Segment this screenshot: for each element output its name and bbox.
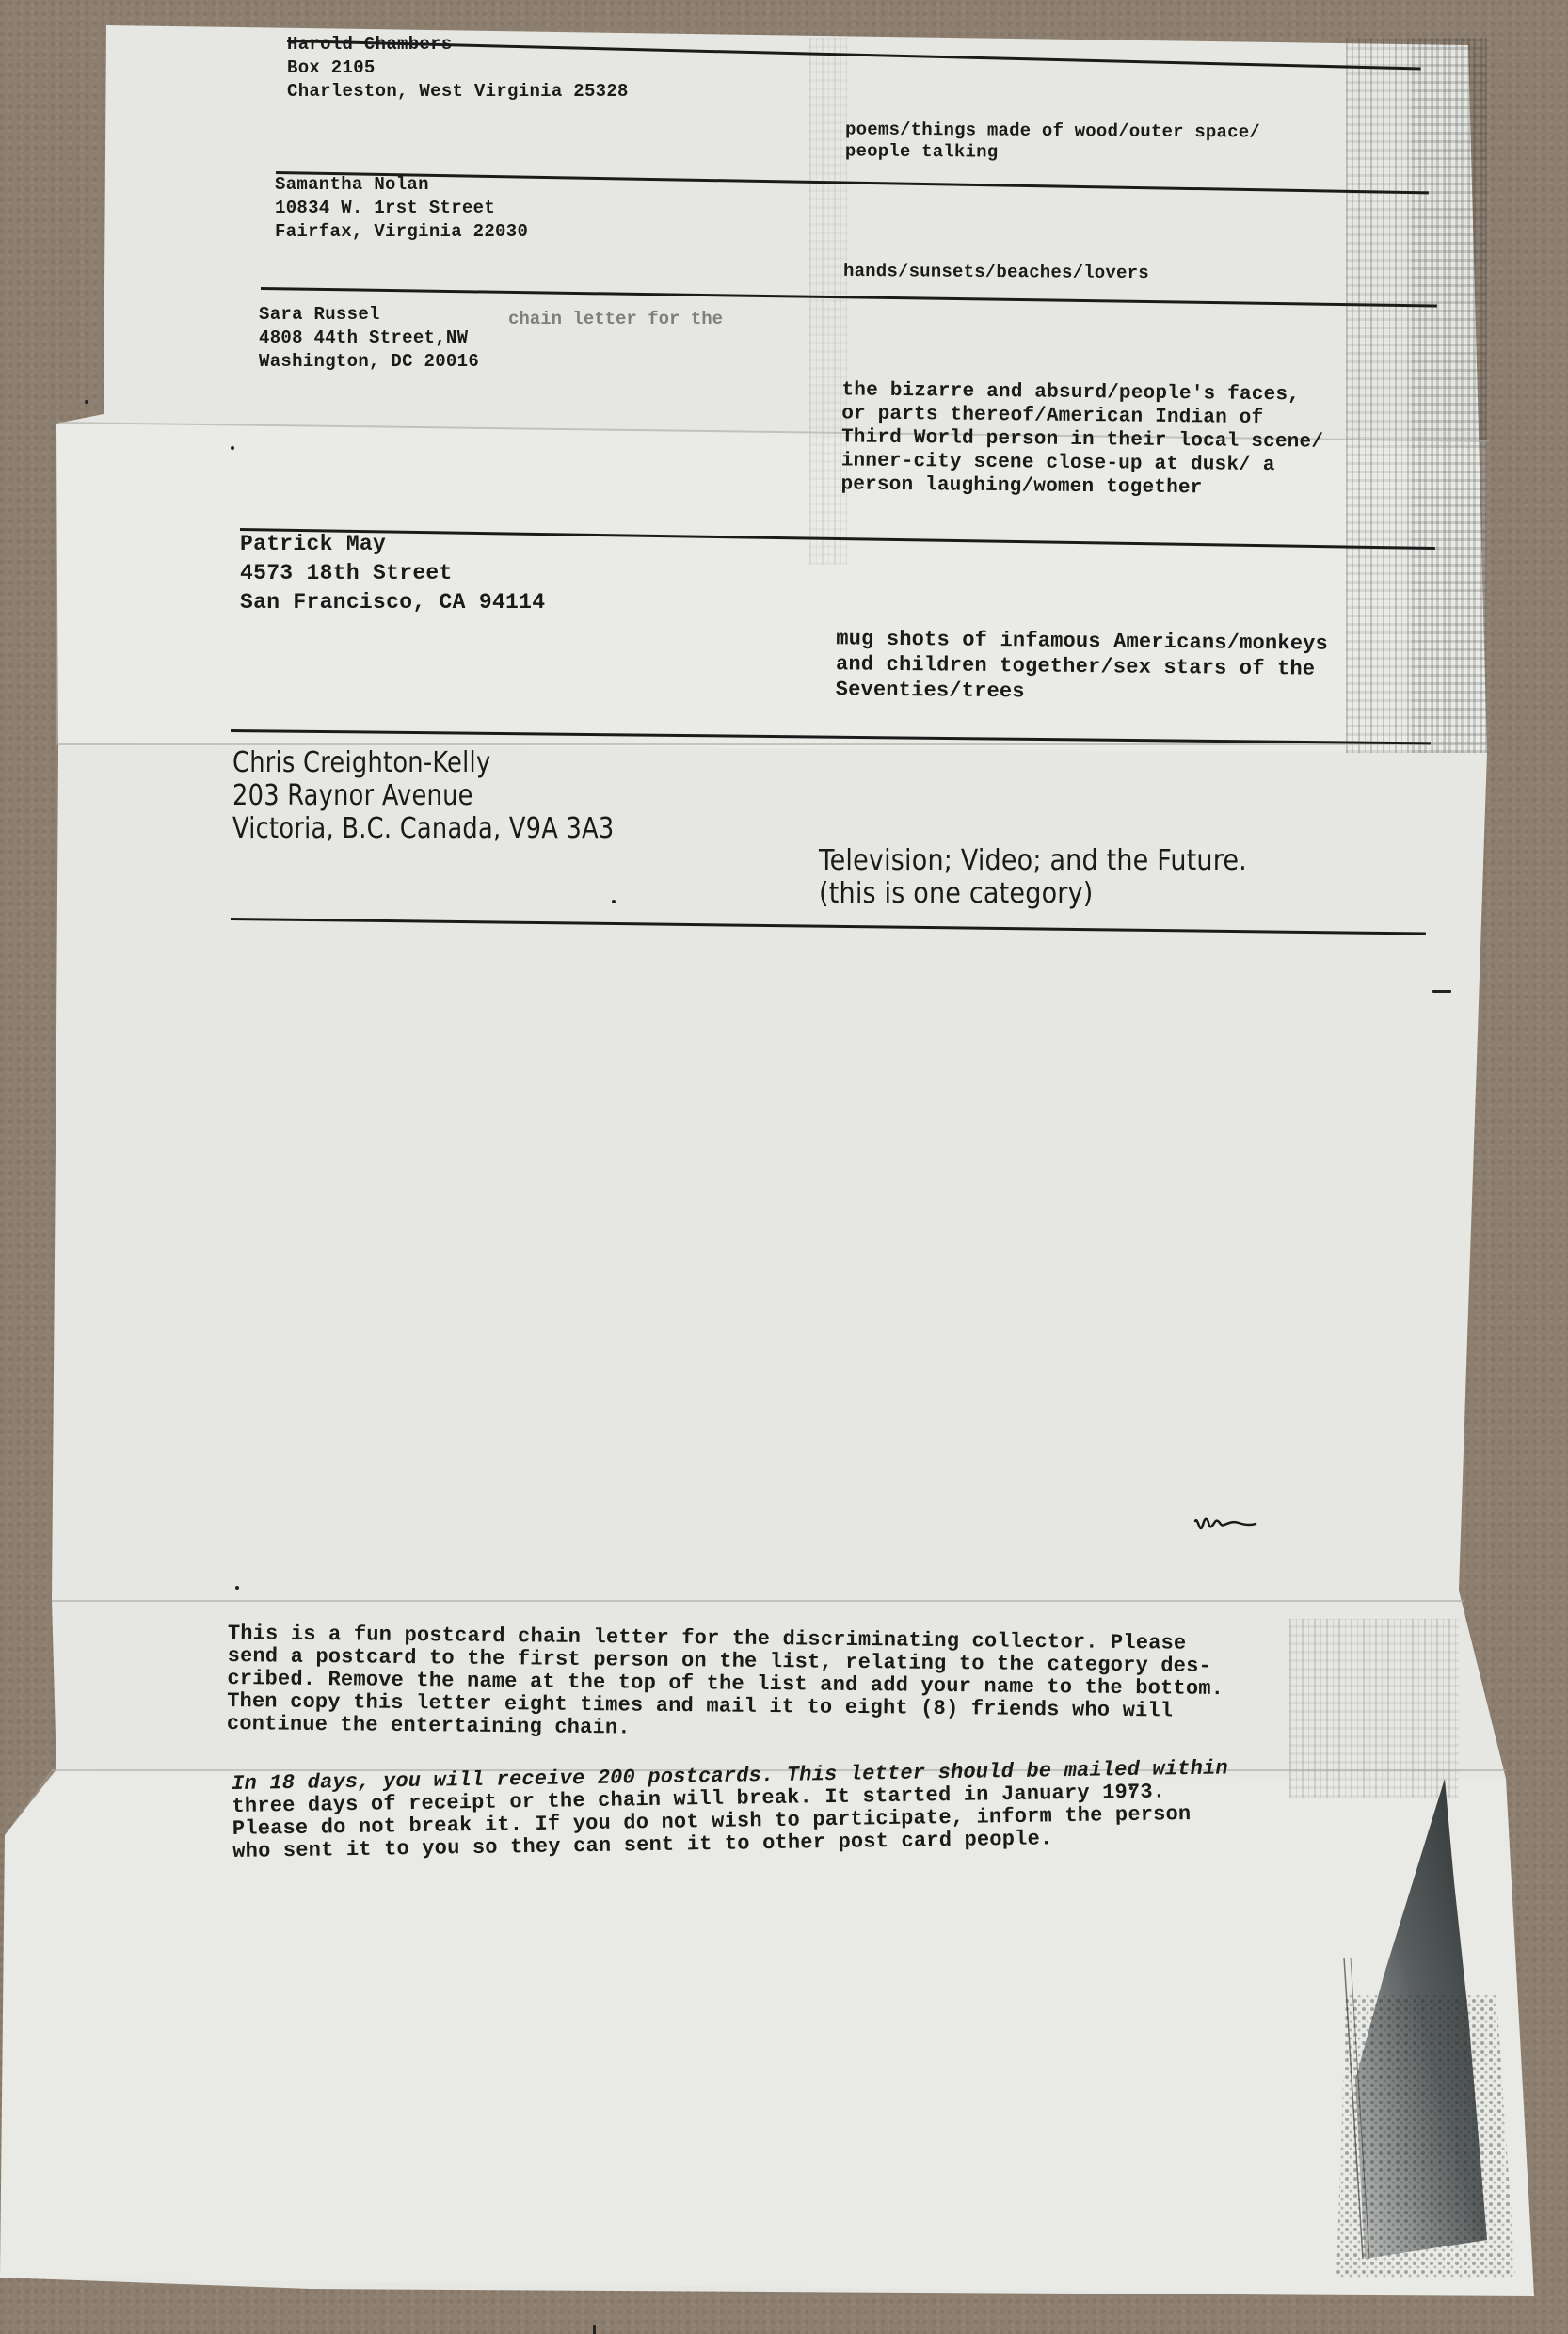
entry-1-address: Harold ChambersBox 2105Charleston, West … <box>287 33 629 104</box>
address-line: 10834 W. 1rst Street <box>275 197 528 220</box>
warning-paragraph: In 18 days, you will receive 200 postcar… <box>232 1757 1229 1863</box>
category-line: poems/things made of wood/outer space/ <box>845 119 1260 143</box>
copy-noise-edge <box>1412 38 1487 753</box>
entry-2-address: Samantha Nolan10834 W. 1rst StreetFairfa… <box>275 173 528 244</box>
address-line: 4573 18th Street <box>240 559 545 588</box>
entry-1-category: poems/things made of wood/outer space/pe… <box>845 119 1260 165</box>
letter-page: Harold ChambersBox 2105Charleston, West … <box>0 0 1568 2334</box>
address-line: 4808 44th Street,NW <box>259 327 479 350</box>
speck <box>1129 1786 1133 1790</box>
entry-5-address: Chris Creighton-Kelly203 Raynor AvenueVi… <box>232 746 615 845</box>
address-line: Charleston, West Virginia 25328 <box>287 80 629 104</box>
entry-2-category: hands/sunsets/beaches/lovers <box>843 261 1149 284</box>
category-line: Seventies/trees <box>836 677 1328 707</box>
speck <box>85 400 88 404</box>
faint-ghost-text: chain letter for the <box>508 309 723 329</box>
handwritten-squiggle-icon <box>1193 1513 1261 1534</box>
entry-name: Chris Creighton-Kelly <box>232 746 615 779</box>
address-line: San Francisco, CA 94114 <box>240 588 545 617</box>
category-line: people talking <box>845 140 1260 165</box>
address-line: Victoria, B.C. Canada, V9A 3A3 <box>232 812 615 845</box>
address-line: Washington, DC 20016 <box>259 350 479 374</box>
speck <box>231 446 234 450</box>
entry-name: Samantha Nolan <box>275 173 528 197</box>
entry-4-category: mug shots of infamous Americans/monkeysa… <box>836 626 1329 707</box>
category-line: Television; Video; and the Future. <box>819 844 1247 877</box>
speck-dash <box>1432 990 1451 993</box>
entry-name: Patrick May <box>240 530 545 559</box>
address-line: 203 Raynor Avenue <box>232 779 615 812</box>
entry-name: Harold Chambers <box>287 33 629 56</box>
fold-line-2 <box>56 743 1487 745</box>
category-line: hands/sunsets/beaches/lovers <box>843 261 1149 284</box>
entry-3-address: Sara Russel4808 44th Street,NWWashington… <box>259 303 479 374</box>
copy-corner-smudge <box>1327 1769 1515 2278</box>
address-line: Fairfax, Virginia 22030 <box>275 220 528 244</box>
entry-name: Sara Russel <box>259 303 479 327</box>
entry-4-address: Patrick May4573 18th StreetSan Francisco… <box>240 530 545 617</box>
category-line: (this is one category) <box>819 877 1247 910</box>
instructions-paragraph: This is a fun postcard chain letter for … <box>227 1623 1224 1746</box>
speck <box>593 2325 596 2334</box>
speck <box>235 1586 239 1590</box>
address-line: Box 2105 <box>287 56 629 80</box>
entry-5-category: Television; Video; and the Future.(this … <box>819 844 1247 910</box>
speck <box>612 900 616 903</box>
entry-3-category: the bizarre and absurd/people's faces,or… <box>840 378 1323 501</box>
fold-line-3 <box>52 1600 1464 1602</box>
